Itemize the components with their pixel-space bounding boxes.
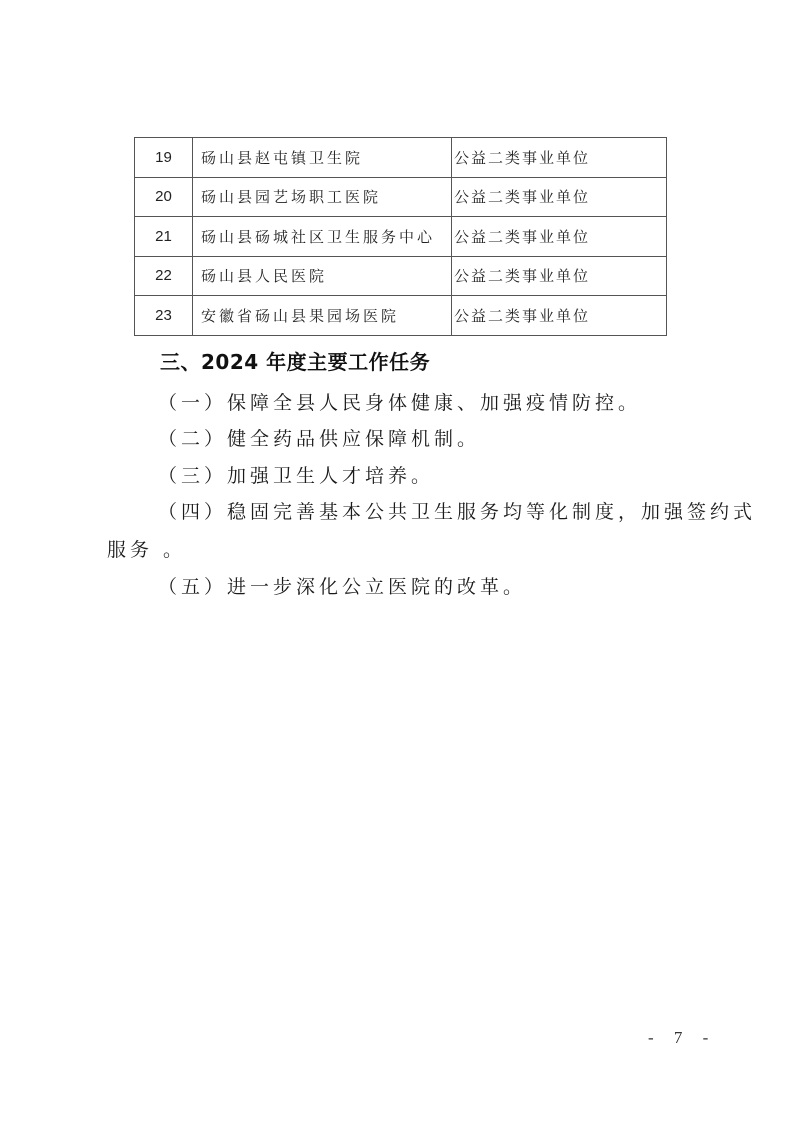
unit-name: 砀山县赵屯镇卫生院 xyxy=(193,138,452,178)
unit-type: 公益二类事业单位 xyxy=(452,177,667,217)
units-table: 19 砀山县赵屯镇卫生院 公益二类事业单位 20 砀山县园艺场职工医院 公益二类… xyxy=(134,137,667,336)
unit-type: 公益二类事业单位 xyxy=(452,217,667,257)
section-heading: 三、2024 年度主要工作任务 xyxy=(160,346,430,375)
unit-type: 公益二类事业单位 xyxy=(452,138,667,178)
table-row: 21 砀山县砀城社区卫生服务中心 公益二类事业单位 xyxy=(135,217,667,257)
task-item-2: （二）健全药品供应保障机制。 xyxy=(158,424,480,451)
table-row: 19 砀山县赵屯镇卫生院 公益二类事业单位 xyxy=(135,138,667,178)
task-item-1: （一）保障全县人民身体健康、加强疫情防控。 xyxy=(158,388,641,415)
row-number: 23 xyxy=(135,296,193,336)
task-item-3: （三）加强卫生人才培养。 xyxy=(158,461,434,488)
page-number: - 7 - xyxy=(648,1028,716,1048)
task-item-4-continued: 服务 。 xyxy=(107,535,186,562)
table-row: 20 砀山县园艺场职工医院 公益二类事业单位 xyxy=(135,177,667,217)
unit-name: 砀山县园艺场职工医院 xyxy=(193,177,452,217)
row-number: 20 xyxy=(135,177,193,217)
row-number: 19 xyxy=(135,138,193,178)
unit-name: 砀山县砀城社区卫生服务中心 xyxy=(193,217,452,257)
table-row: 23 安徽省砀山县果园场医院 公益二类事业单位 xyxy=(135,296,667,336)
row-number: 21 xyxy=(135,217,193,257)
unit-name: 安徽省砀山县果园场医院 xyxy=(193,296,452,336)
task-item-4: （四）稳固完善基本公共卫生服务均等化制度，加强签约式 xyxy=(158,497,756,524)
table-row: 22 砀山县人民医院 公益二类事业单位 xyxy=(135,256,667,296)
unit-type: 公益二类事业单位 xyxy=(452,296,667,336)
unit-type: 公益二类事业单位 xyxy=(452,256,667,296)
row-number: 22 xyxy=(135,256,193,296)
task-item-5: （五）进一步深化公立医院的改革。 xyxy=(158,572,526,599)
unit-name: 砀山县人民医院 xyxy=(193,256,452,296)
